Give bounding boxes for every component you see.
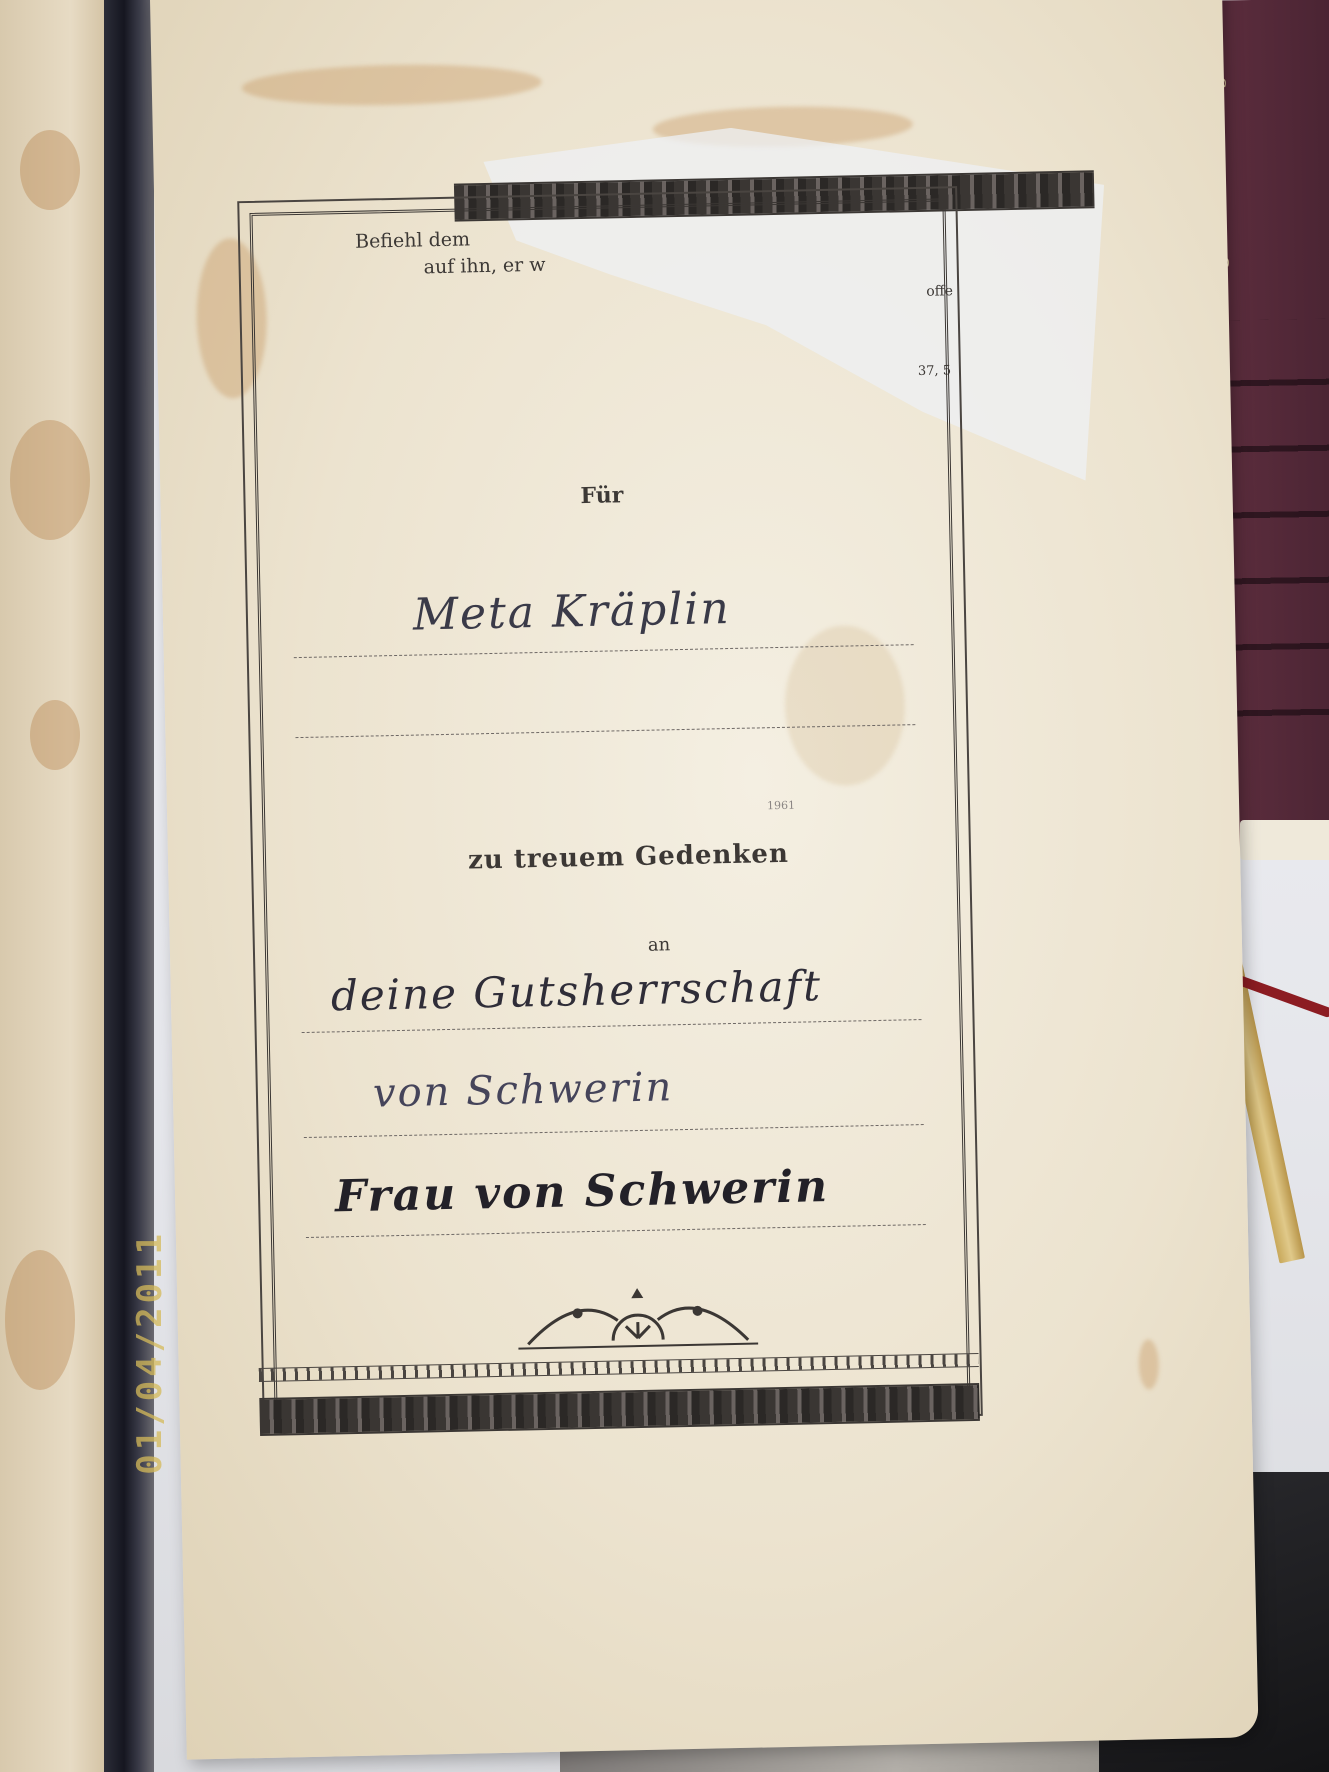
- camera-datestamp: 01/04/2011: [130, 1230, 170, 1475]
- faint-imprint: 1961: [767, 799, 795, 813]
- ornamental-vignette-icon: [517, 1278, 758, 1353]
- label-to: an: [648, 934, 671, 955]
- stain: [10, 420, 90, 540]
- verse-line-1: Befiehl dem: [355, 228, 470, 252]
- giver-line-1-handwritten: deine Gutsherrschaft: [330, 961, 822, 1020]
- verse-line-tail: offe: [926, 283, 953, 300]
- stain: [1138, 1339, 1159, 1389]
- stain: [20, 130, 80, 210]
- photo-scene: Evangelisches Gesangbuch Befiehl dem auf…: [0, 0, 1329, 1772]
- stain: [241, 62, 542, 108]
- stain: [5, 1250, 75, 1390]
- verse-line-2: auf ihn, er w: [423, 254, 545, 279]
- left-book-page: [0, 0, 118, 1772]
- verse-reference: 37, 5: [918, 363, 951, 379]
- label-for: Für: [580, 482, 623, 509]
- stain: [30, 700, 80, 770]
- giver-line-2-handwritten: von Schwerin: [372, 1064, 673, 1116]
- hymnal-page-edges: [1240, 820, 1329, 860]
- dedication-page: Befiehl dem auf ihn, er w offe 37, 5 Für…: [150, 0, 1259, 1760]
- book-spine-gap: [104, 0, 154, 1772]
- recipient-name-handwritten: Meta Kräplin: [412, 583, 731, 641]
- giver-line-3-handwritten: Frau von Schwerin: [335, 1161, 830, 1222]
